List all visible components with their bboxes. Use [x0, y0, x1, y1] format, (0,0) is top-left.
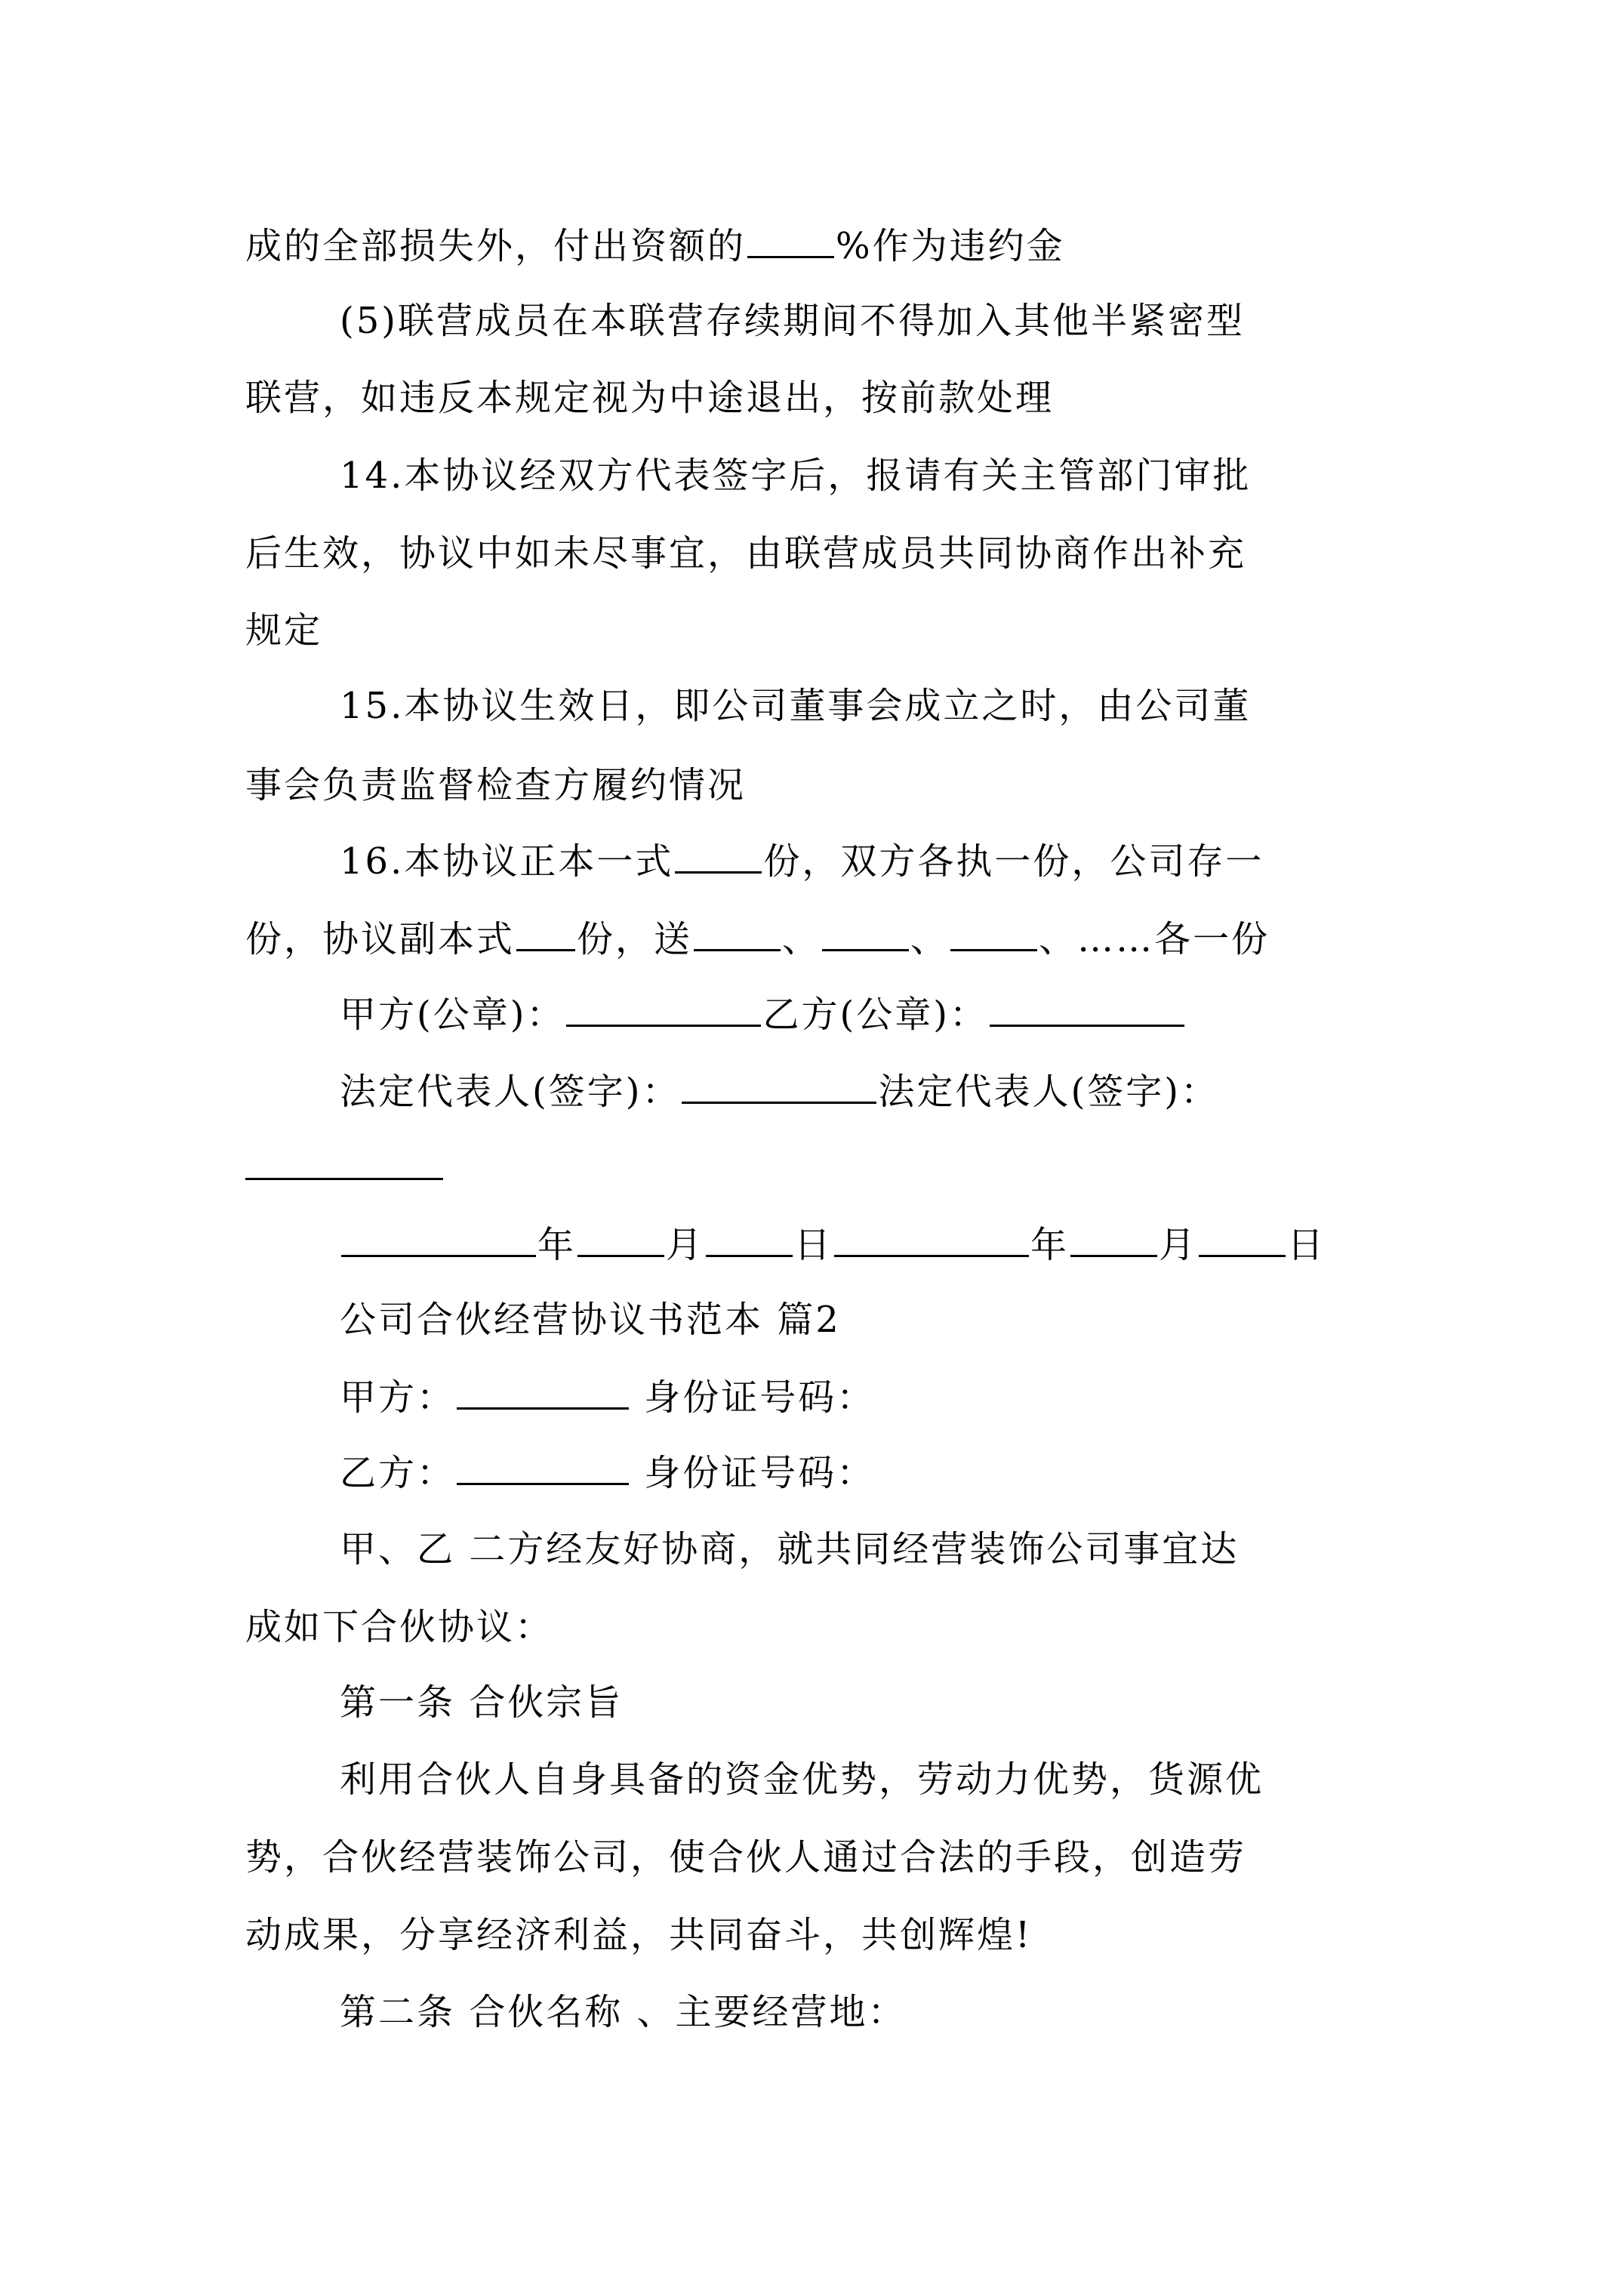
blank-field-recipient-1[interactable]	[694, 916, 781, 951]
text-segment: 成如下合伙协议：	[245, 1606, 553, 1648]
seal-line: 甲方(公章)：乙方(公章)：	[340, 991, 1510, 1037]
party-a-rep-label: 法定代表人(签字)：	[340, 1071, 680, 1113]
party-b-seal-label: 乙方(公章)：	[762, 994, 987, 1036]
blank-field-duplicate-count[interactable]	[516, 916, 575, 951]
blank-field-copies[interactable]	[675, 838, 762, 874]
text-segment: 动成果，分享经济利益，共同奋斗，共创辉煌!	[245, 1914, 1032, 1956]
text-segment: %作为违约金	[836, 225, 1065, 267]
text-segment: 、……各一份	[1039, 918, 1270, 960]
text-segment: 利用合伙人自身具备的资金优势，劳动力优势，货源优	[340, 1758, 1264, 1801]
document-page: 成的全部损失外，付出资额的%作为违约金 (5)联营成员在本联营存续期间不得加入其…	[0, 0, 1623, 2296]
article-1-body-end: 动成果，分享经济利益，共同奋斗，共创辉煌!	[245, 1912, 1415, 1958]
clause-14-end: 规定	[245, 608, 1415, 653]
text-segment: (5)联营成员在本联营存续期间不得加入其他半紧密型	[340, 300, 1245, 342]
preamble-continued: 成如下合伙协议：	[245, 1604, 1415, 1650]
party-b-month-field[interactable]	[1070, 1222, 1157, 1257]
section-title-part-2: 公司合伙经营协议书范本 篇2	[340, 1297, 1510, 1342]
month-label: 月	[1159, 1224, 1197, 1266]
blank-field-recipient-2[interactable]	[822, 916, 909, 951]
party-a-seal-label: 甲方(公章)：	[340, 994, 565, 1036]
article-heading: 第一条 合伙宗旨	[340, 1681, 623, 1724]
text-segment: 联营，如违反本规定视为中途退出，按前款处理	[245, 377, 1054, 419]
party-a-rep-field[interactable]	[682, 1068, 876, 1104]
text-segment: 份，双方各执一份，公司存一	[763, 840, 1264, 883]
clause-5-continued: 联营，如违反本规定视为中途退出，按前款处理	[245, 375, 1415, 421]
month-label: 月	[666, 1224, 704, 1266]
id-number-label: 身份证号码：	[630, 1376, 875, 1419]
text-segment: 、	[910, 918, 949, 960]
party-a-label: 甲方：	[340, 1376, 455, 1419]
article-heading: 第二条 合伙名称 、主要经营地：	[340, 1991, 907, 2033]
party-a-year-field[interactable]	[341, 1222, 536, 1257]
clause-16: 16.本协议正本一式份，双方各执一份，公司存一	[340, 838, 1510, 883]
article-1-body: 利用合伙人自身具备的资金优势，劳动力优势，货源优	[340, 1757, 1510, 1802]
article-2-heading: 第二条 合伙名称 、主要经营地：	[340, 1989, 1510, 2035]
text-segment: 后生效，协议中如未尽事宜，由联营成员共同协商作出补充	[245, 532, 1246, 575]
party-b-year-field[interactable]	[834, 1222, 1029, 1257]
text-line-penalty: 成的全部损失外，付出资额的%作为违约金	[245, 223, 1415, 268]
party-b-seal-field[interactable]	[990, 991, 1184, 1027]
party-b-label: 乙方：	[340, 1452, 455, 1494]
clause-15-continued: 事会负责监督检查方履约情况	[245, 763, 1415, 808]
party-a-day-field[interactable]	[706, 1222, 793, 1257]
text-segment: 规定	[245, 609, 322, 652]
party-a-name-field[interactable]	[457, 1374, 629, 1410]
blank-field-percentage[interactable]	[747, 223, 834, 258]
text-segment: 份，协议副本式	[245, 918, 515, 960]
party-b-line: 乙方： 身份证号码：	[340, 1450, 1510, 1495]
party-a-month-field[interactable]	[577, 1222, 664, 1257]
text-segment: 14.本协议经双方代表签字后，报请有关主管部门审批	[340, 455, 1251, 497]
clause-16-continued: 份，协议副本式份，送、、、……各一份	[245, 916, 1415, 961]
clause-14-continued: 后生效，协议中如未尽事宜，由联营成员共同协商作出补充	[245, 531, 1415, 576]
text-segment: 事会负责监督检查方履约情况	[245, 764, 746, 806]
year-label: 年	[537, 1224, 576, 1266]
text-segment: 15.本协议生效日，即公司董事会成立之时，由公司董	[340, 685, 1251, 727]
party-b-rep-field[interactable]	[245, 1178, 443, 1180]
party-b-name-field[interactable]	[457, 1450, 629, 1485]
signature-line: 法定代表人(签字)：法定代表人(签字)：	[340, 1068, 1510, 1114]
text-segment: 份，送	[577, 918, 692, 960]
party-b-rep-label: 法定代表人(签字)：	[878, 1071, 1218, 1113]
id-number-label: 身份证号码：	[630, 1452, 875, 1494]
clause-15: 15.本协议生效日，即公司董事会成立之时，由公司董	[340, 683, 1510, 729]
article-1-heading: 第一条 合伙宗旨	[340, 1680, 1510, 1725]
clause-5: (5)联营成员在本联营存续期间不得加入其他半紧密型	[340, 298, 1510, 344]
text-segment: 16.本协议正本一式	[340, 840, 673, 883]
party-a-line: 甲方： 身份证号码：	[340, 1374, 1510, 1419]
text-segment: 势，合伙经营装饰公司，使合伙人通过合法的手段，创造劳	[245, 1836, 1246, 1878]
preamble: 甲、乙 二方经友好协商，就共同经营装饰公司事宜达	[340, 1527, 1510, 1572]
party-b-day-field[interactable]	[1199, 1222, 1286, 1257]
date-line: 年月日年月日	[340, 1222, 1510, 1267]
year-label: 年	[1030, 1224, 1069, 1266]
clause-14: 14.本协议经双方代表签字后，报请有关主管部门审批	[340, 453, 1510, 498]
blank-field-recipient-3[interactable]	[950, 916, 1037, 951]
text-segment: 成的全部损失外，付出资额的	[245, 225, 746, 267]
section-heading: 公司合伙经营协议书范本 篇2	[340, 1299, 841, 1341]
party-a-seal-field[interactable]	[566, 991, 761, 1027]
text-segment: 甲、乙 二方经友好协商，就共同经营装饰公司事宜达	[340, 1528, 1239, 1570]
text-segment: 、	[782, 918, 821, 960]
day-label: 日	[1287, 1224, 1326, 1266]
day-label: 日	[794, 1224, 833, 1266]
article-1-body-continued: 势，合伙经营装饰公司，使合伙人通过合法的手段，创造劳	[245, 1835, 1415, 1880]
